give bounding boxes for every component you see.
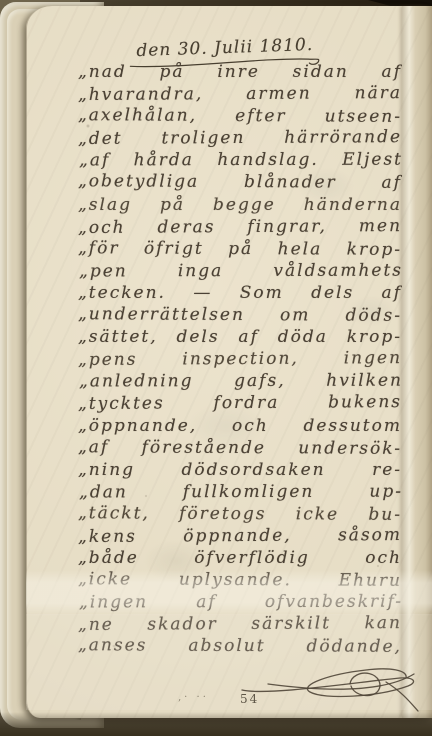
manuscript-line: „obetydliga blånader af xyxy=(78,172,402,196)
manuscript-line: „dan fullkomligen up- xyxy=(79,481,403,504)
manuscript-line: „anledning gafs, hvilken xyxy=(79,371,403,394)
manuscript-line: „pens inspection, ingen xyxy=(78,348,402,372)
manuscript-line: „underrättelsen om döds- xyxy=(78,304,402,328)
manuscript-line: „och deras fingrar, men xyxy=(78,216,402,240)
manuscript-line: „af hårda handslag. Eljest xyxy=(79,150,403,173)
light-band xyxy=(26,570,432,616)
manuscript-line: „hvarandra, armen nära xyxy=(78,83,402,107)
manuscript-line: „ning dödsordsaken re- xyxy=(78,460,402,482)
manuscript-line: „öppnande, och dessutom xyxy=(78,416,402,438)
manuscript-line: „nad på inre sidan af xyxy=(78,62,402,84)
manuscript-line: „täckt, företogs icke bu- xyxy=(78,503,402,527)
bottom-shadow xyxy=(0,712,432,736)
manuscript-line: „för öfrigt på hela krop- xyxy=(78,238,402,262)
manuscript-line: „af förestående undersök- xyxy=(78,437,402,461)
manuscript-photo: den 30. Julii 1810. „nad på inre sidan a… xyxy=(0,0,432,736)
manuscript-line: „tecken. — Som dels af xyxy=(78,283,402,305)
manuscript-line: „tycktes fordra bukens xyxy=(78,392,402,416)
manuscript-line: „axelhålan, efter utseen- xyxy=(78,105,402,129)
ink-smudge: ‚· ·· xyxy=(178,692,209,703)
manuscript-line: „kens öppnande, såsom xyxy=(78,525,402,549)
manuscript-line: „både öfverflödig och xyxy=(78,548,402,570)
signature-flourish-icon xyxy=(238,656,422,714)
manuscript-line: „det troligen härrörande xyxy=(78,127,402,151)
manuscript-line: „pen inga våldsamhets xyxy=(79,260,403,283)
manuscript-line: „sättet, dels af döda krop- xyxy=(78,327,402,349)
manuscript-line: „slag på begge händerna xyxy=(78,195,402,217)
